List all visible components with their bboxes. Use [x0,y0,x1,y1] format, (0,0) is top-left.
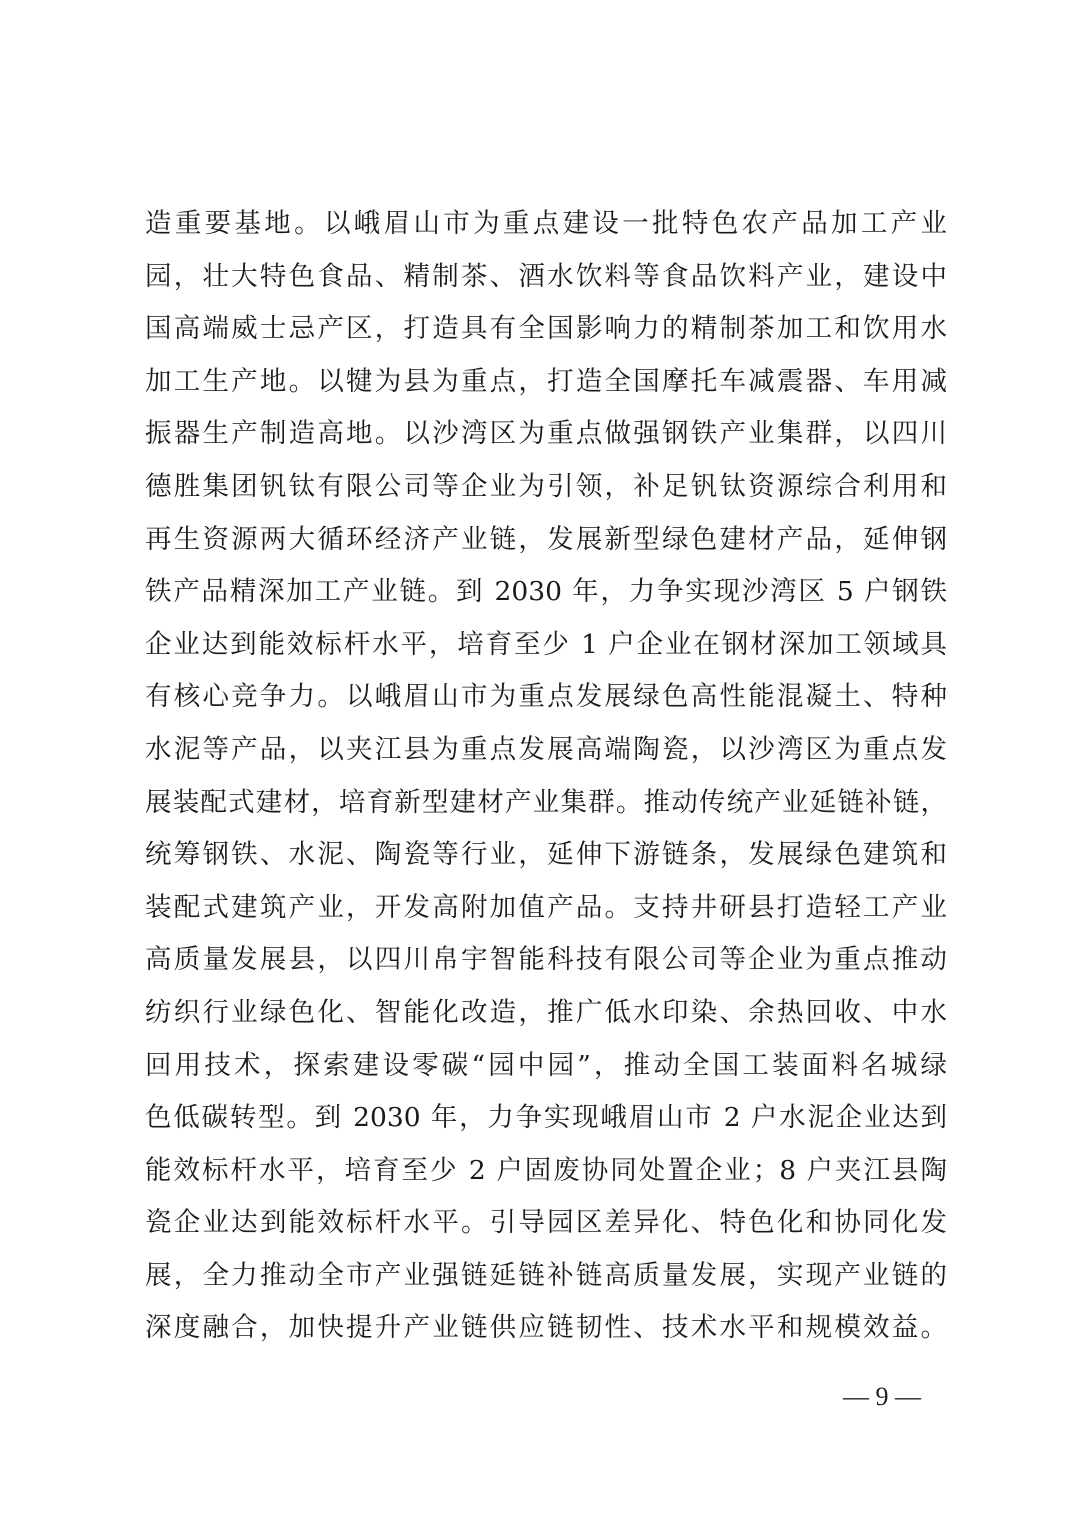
document-page: 造重要基地。以峨眉山市为重点建设一批特色农产品加工产业 园，壮大特色食品、精制茶… [0,0,1080,1527]
text-line: 高质量发展县，以四川帛宇智能科技有限公司等企业为重点推动 [145,934,947,987]
text-line: 色低碳转型。到 2030 年，力争实现峨眉山市 2 户水泥企业达到 [145,1092,947,1145]
text-line: 铁产品精深加工产业链。到 2030 年，力争实现沙湾区 5 户钢铁 [145,566,947,619]
body-text: 造重要基地。以峨眉山市为重点建设一批特色农产品加工产业 园，壮大特色食品、精制茶… [145,198,947,1355]
text-line: 再生资源两大循环经济产业链，发展新型绿色建材产品，延伸钢 [145,514,947,567]
text-line: 回用技术，探索建设零碳“园中园”，推动全国工装面料名城绿 [145,1040,947,1093]
text-line: 装配式建筑产业，开发高附加值产品。支持井研县打造轻工产业 [145,882,947,935]
text-line: 园，壮大特色食品、精制茶、酒水饮料等食品饮料产业，建设中 [145,251,947,304]
text-line: 统筹钢铁、水泥、陶瓷等行业，延伸下游链条，发展绿色建筑和 [145,829,947,882]
text-line: 展，全力推动全市产业强链延链补链高质量发展，实现产业链的 [145,1250,947,1303]
text-line: 有核心竞争力。以峨眉山市为重点发展绿色高性能混凝土、特种 [145,671,947,724]
text-line: 展装配式建材，培育新型建材产业集群。推动传统产业延链补链， [145,777,947,830]
text-line: 振器生产制造高地。以沙湾区为重点做强钢铁产业集群，以四川 [145,408,947,461]
text-line: 纺织行业绿色化、智能化改造，推广低水印染、余热回收、中水 [145,987,947,1040]
text-line: 水泥等产品，以夹江县为重点发展高端陶瓷，以沙湾区为重点发 [145,724,947,777]
text-line: 企业达到能效标杆水平，培育至少 1 户企业在钢材深加工领域具 [145,619,947,672]
text-line: 瓷企业达到能效标杆水平。引导园区差异化、特色化和协同化发 [145,1197,947,1250]
text-line: 深度融合，加快提升产业链供应链韧性、技术水平和规模效益。 [145,1302,947,1355]
text-line: 加工生产地。以犍为县为重点，打造全国摩托车减震器、车用减 [145,356,947,409]
text-line: 德胜集团钒钛有限公司等企业为引领，补足钒钛资源综合利用和 [145,461,947,514]
text-line: 造重要基地。以峨眉山市为重点建设一批特色农产品加工产业 [145,198,947,251]
text-line: 能效标杆水平，培育至少 2 户固废协同处置企业；8 户夹江县陶 [145,1145,947,1198]
text-line: 国高端威士忌产区，打造具有全国影响力的精制茶加工和饮用水 [145,303,947,356]
page-number: — 9 — [832,1380,932,1414]
